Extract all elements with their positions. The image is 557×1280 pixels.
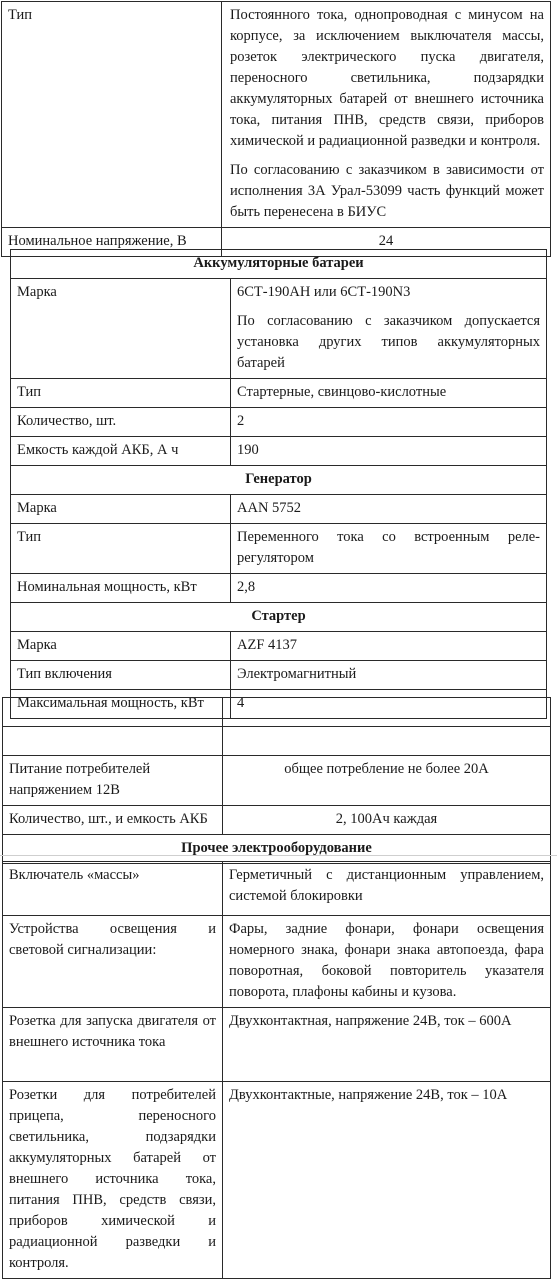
table-row: Марка AZF 4137 xyxy=(11,632,547,661)
table-row: Марка AAN 5752 xyxy=(11,495,547,524)
row-value: 6СТ-190АН или 6СТ-190N3 По согласованию … xyxy=(231,279,547,379)
row-value: Стартерные, свинцово-кислотные xyxy=(231,379,547,408)
row-label: Включатель «массы» xyxy=(3,862,223,916)
row-label: Марка xyxy=(11,632,231,661)
page-separator xyxy=(0,855,557,856)
section-header-batteries: Аккумуляторные батареи xyxy=(11,250,547,279)
row-label xyxy=(3,698,223,727)
section-header-row: Прочее электрооборудование xyxy=(3,835,551,864)
row-value: 2, 100Ач каждая xyxy=(223,806,551,835)
table-row: Тип Переменного тока со встроенным реле-… xyxy=(11,524,547,574)
row-label: Розетки для потребителей прицепа, перено… xyxy=(3,1082,223,1279)
value-paragraph: 6СТ-190АН или 6СТ-190N3 xyxy=(237,282,540,303)
section-header-row: Стартер xyxy=(11,603,547,632)
row-value: Переменного тока со встроенным реле-регу… xyxy=(231,524,547,574)
row-label: Питание потребителей напряжением 12В xyxy=(3,756,223,806)
row-label: Тип xyxy=(11,379,231,408)
table-row: Номинальная мощность, кВт 2,8 xyxy=(11,574,547,603)
row-value: Двухконтактная, напряжение 24В, ток – 60… xyxy=(223,1008,551,1082)
row-label: Марка xyxy=(11,279,231,379)
row-value: 2,8 xyxy=(231,574,547,603)
section-header-starter: Стартер xyxy=(11,603,547,632)
table-row: Тип включения Электромагнитный xyxy=(11,661,547,690)
section-header-row: Аккумуляторные батареи xyxy=(11,250,547,279)
other-equipment-table: Включатель «массы» Герметичный с дистанц… xyxy=(2,861,551,1279)
row-value: Двухконтактные, напряжение 24В, ток – 10… xyxy=(223,1082,551,1279)
row-label: Розетка для запуска двигателя от внешнег… xyxy=(3,1008,223,1082)
row-value: AZF 4137 xyxy=(231,632,547,661)
value-paragraph: По согласованию с заказчиком допускается… xyxy=(237,311,540,374)
row-label: Устройства освещения и световой сигнализ… xyxy=(3,916,223,1008)
table-row: Розетка для запуска двигателя от внешнег… xyxy=(3,1008,551,1082)
table-row: Розетки для потребителей прицепа, перено… xyxy=(3,1082,551,1279)
table-row: Емкость каждой АКБ, А ч 190 xyxy=(11,437,547,466)
row-label: Тип xyxy=(2,2,222,228)
power-12v-table: Питание потребителей напряжением 12В общ… xyxy=(2,697,551,864)
table-row: Количество, шт. 2 xyxy=(11,408,547,437)
table-row-empty xyxy=(3,698,551,727)
row-value: общее потребление не более 20А xyxy=(223,756,551,806)
section-header-generator: Генератор xyxy=(11,466,547,495)
row-value: Герметичный с дистанционным управлением,… xyxy=(223,862,551,916)
row-label: Номинальная мощность, кВт xyxy=(11,574,231,603)
table-row: Включатель «массы» Герметичный с дистанц… xyxy=(3,862,551,916)
section-header-other: Прочее электрооборудование xyxy=(3,835,551,864)
row-label xyxy=(3,727,223,756)
value-paragraph: По согласованию с заказчиком в зависимос… xyxy=(230,160,544,223)
row-label: Тип xyxy=(11,524,231,574)
table-row: Тип Стартерные, свинцово-кислотные xyxy=(11,379,547,408)
table-row: Тип Постоянного тока, однопроводная с ми… xyxy=(2,2,551,228)
general-specs-table: Тип Постоянного тока, однопроводная с ми… xyxy=(1,1,551,257)
row-value: 190 xyxy=(231,437,547,466)
row-label: Тип включения xyxy=(11,661,231,690)
row-value xyxy=(223,727,551,756)
table-row: Марка 6СТ-190АН или 6СТ-190N3 По согласо… xyxy=(11,279,547,379)
row-value: AAN 5752 xyxy=(231,495,547,524)
row-value: Постоянного тока, однопроводная с минусо… xyxy=(222,2,551,228)
components-table: Аккумуляторные батареи Марка 6СТ-190АН и… xyxy=(10,249,547,719)
row-value xyxy=(223,698,551,727)
row-label: Марка xyxy=(11,495,231,524)
table-row: Количество, шт., и емкость АКБ 2, 100Ач … xyxy=(3,806,551,835)
row-value: Фары, задние фонари, фонари освещения но… xyxy=(223,916,551,1008)
row-label: Емкость каждой АКБ, А ч xyxy=(11,437,231,466)
table-row: Питание потребителей напряжением 12В общ… xyxy=(3,756,551,806)
value-paragraph: Постоянного тока, однопроводная с минусо… xyxy=(230,5,544,152)
table-row-empty xyxy=(3,727,551,756)
section-header-row: Генератор xyxy=(11,466,547,495)
row-value: Электромагнитный xyxy=(231,661,547,690)
row-label: Количество, шт., и емкость АКБ xyxy=(3,806,223,835)
row-value: 2 xyxy=(231,408,547,437)
table-row: Устройства освещения и световой сигнализ… xyxy=(3,916,551,1008)
row-label: Количество, шт. xyxy=(11,408,231,437)
